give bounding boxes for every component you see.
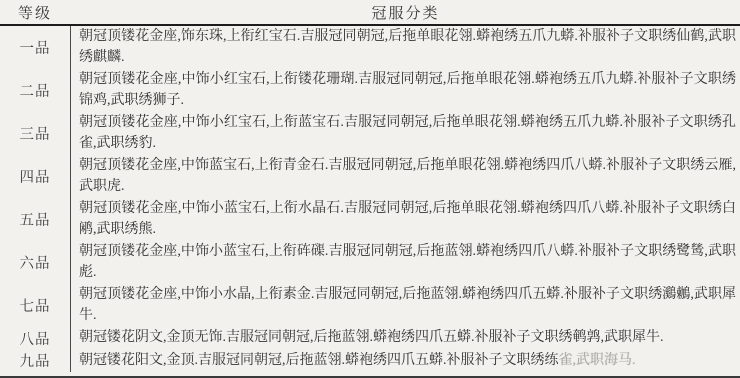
row-text: 朝冠顶镂花金座,中饰小水晶,上衔素金.吉服冠同朝冠,后拖蓝翎.蟒袍绣四爪五蟒.补… [79,287,736,323]
classification-text: 朝冠顶镂花金座,中饰小水晶,上衔素金.吉服冠同朝冠,后拖蓝翎.蟒袍绣四爪五蟒.补… [71,284,740,327]
row-text: 朝冠顶镂花金座,中饰小红宝石,上衔镂花珊瑚.吉服冠同朝冠,后拖单眼花翎.蟒袍绣五… [79,72,736,108]
watermark-faded-text: 雀,武职海马. [559,353,636,368]
classification-text: 朝冠顶镂花金座,中饰小蓝宝石,上衔水晶石.吉服冠同朝冠,后拖单眼花翎.蟒袍绣四爪… [71,198,740,241]
row-text: 朝冠顶镂花金座,饰东珠,上衔红宝石.吉服冠同朝冠,后拖单眼花翎.蟒袍绣五爪九蟒.… [79,29,736,65]
table-row: 八品 朝冠镂花阴文,金顶无饰.吉服冠同朝冠,后拖蓝翎.蟒袍绣四爪五蟒.补服补子文… [0,327,740,350]
table-header-row: 等级 冠服分类 [0,0,740,26]
table-row: 六品 朝冠顶镂花金座,中饰小蓝宝石,上衔砗磲.吉服冠同朝冠,后拖蓝翎.蟒袍绣四爪… [0,241,740,284]
table-row: 九品 朝冠镂花阳文,金顶.吉服冠同朝冠,后拖蓝翎.蟒袍绣四爪五蟒.补服补子文职绣… [0,350,740,373]
rank-column-header: 等级 [0,2,71,23]
table-row: 四品 朝冠顶镂花金座,中饰蓝宝石,上衔青金石.吉服冠同朝冠,后拖单眼花翎.蟒袍绣… [0,155,740,198]
classification-text: 朝冠顶镂花金座,中饰小红宝石,上衔镂花珊瑚.吉服冠同朝冠,后拖单眼花翎.蟒袍绣五… [71,69,740,112]
table-row: 五品 朝冠顶镂花金座,中饰小蓝宝石,上衔水晶石.吉服冠同朝冠,后拖单眼花翎.蟒袍… [0,198,740,241]
classification-text: 朝冠镂花阳文,金顶.吉服冠同朝冠,后拖蓝翎.蟒袍绣四爪五蟒.补服补子文职绣练雀,… [71,350,740,373]
classification-column-header: 冠服分类 [71,2,740,23]
rank-label: 三品 [0,112,71,155]
table-row: 二品 朝冠顶镂花金座,中饰小红宝石,上衔镂花珊瑚.吉服冠同朝冠,后拖单眼花翎.蟒… [0,69,740,112]
row-text: 朝冠顶镂花金座,中饰蓝宝石,上衔青金石.吉服冠同朝冠,后拖单眼花翎.蟒袍绣四爪八… [79,158,736,194]
row-text: 朝冠镂花阴文,金顶无饰.吉服冠同朝冠,后拖蓝翎.蟒袍绣四爪五蟒.补服补子文职绣鹌… [79,330,664,345]
scanned-table-page: 等级 冠服分类 一品 朝冠顶镂花金座,饰东珠,上衔红宝石.吉服冠同朝冠,后拖单眼… [0,0,740,378]
rank-label: 五品 [0,198,71,241]
rank-label: 六品 [0,241,71,284]
rank-label: 一品 [0,26,71,69]
classification-text: 朝冠顶镂花金座,饰东珠,上衔红宝石.吉服冠同朝冠,后拖单眼花翎.蟒袍绣五爪九蟒.… [71,26,740,69]
row-text: 朝冠顶镂花金座,中饰小蓝宝石,上衔砗磲.吉服冠同朝冠,后拖蓝翎.蟒袍绣四爪八蟒.… [79,244,736,280]
table-body: 一品 朝冠顶镂花金座,饰东珠,上衔红宝石.吉服冠同朝冠,后拖单眼花翎.蟒袍绣五爪… [0,26,740,372]
row-text: 朝冠镂花阳文,金顶.吉服冠同朝冠,后拖蓝翎.蟒袍绣四爪五蟒.补服补子文职绣练 [79,353,559,368]
classification-text: 朝冠顶镂花金座,中饰小红宝石,上衔蓝宝石.吉服冠同朝冠,后拖单眼花翎.蟒袍绣五爪… [71,112,740,155]
table-row: 一品 朝冠顶镂花金座,饰东珠,上衔红宝石.吉服冠同朝冠,后拖单眼花翎.蟒袍绣五爪… [0,26,740,69]
rank-label: 九品 [0,350,71,373]
row-text: 朝冠顶镂花金座,中饰小红宝石,上衔蓝宝石.吉服冠同朝冠,后拖单眼花翎.蟒袍绣五爪… [79,115,736,151]
classification-text: 朝冠顶镂花金座,中饰蓝宝石,上衔青金石.吉服冠同朝冠,后拖单眼花翎.蟒袍绣四爪八… [71,155,740,198]
classification-text: 朝冠顶镂花金座,中饰小蓝宝石,上衔砗磲.吉服冠同朝冠,后拖蓝翎.蟒袍绣四爪八蟒.… [71,241,740,284]
rank-label: 四品 [0,155,71,198]
table-row: 七品 朝冠顶镂花金座,中饰小水晶,上衔素金.吉服冠同朝冠,后拖蓝翎.蟒袍绣四爪五… [0,284,740,327]
rank-label: 二品 [0,69,71,112]
rank-label: 七品 [0,284,71,327]
rank-label: 八品 [0,327,71,350]
table-row: 三品 朝冠顶镂花金座,中饰小红宝石,上衔蓝宝石.吉服冠同朝冠,后拖单眼花翎.蟒袍… [0,112,740,155]
classification-text: 朝冠镂花阴文,金顶无饰.吉服冠同朝冠,后拖蓝翎.蟒袍绣四爪五蟒.补服补子文职绣鹌… [71,327,740,350]
row-text: 朝冠顶镂花金座,中饰小蓝宝石,上衔水晶石.吉服冠同朝冠,后拖单眼花翎.蟒袍绣四爪… [79,201,736,237]
